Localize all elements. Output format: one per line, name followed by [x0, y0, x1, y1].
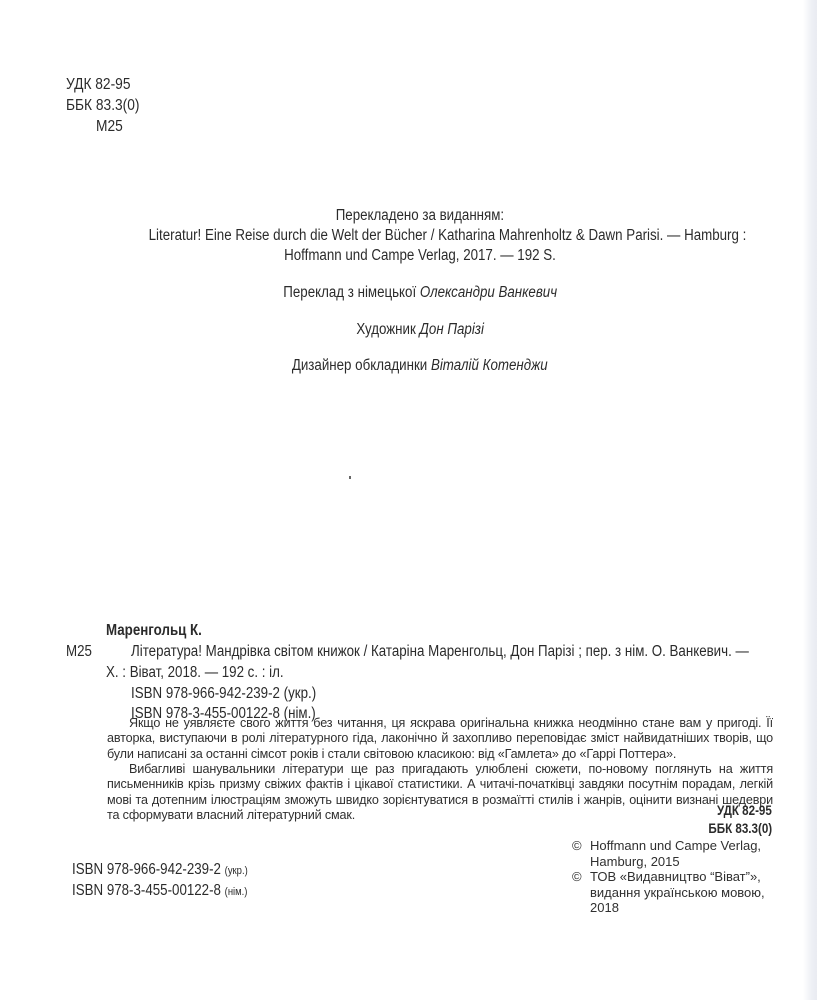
translator-credit: Переклад з німецької Олександри Ванкевич [100, 283, 740, 303]
translator-label: Переклад з німецької [283, 284, 420, 301]
annotation-paragraph: Вибагливі шанувальники літератури ще раз… [107, 762, 773, 824]
catalog-author-heading: Маренгольц К. [106, 622, 217, 640]
isbn-number: ISBN 978-966-942-239-2 [72, 861, 221, 878]
catalog-bbk: ББК 83.3(0) [698, 821, 772, 836]
author-mark: М25 [96, 116, 123, 137]
artist-credit: Художник Дон Парізі [100, 320, 740, 340]
page-edge-shadow [803, 0, 817, 1000]
artist-label: Художник [356, 321, 419, 338]
catalog-author-mark: М25 [66, 643, 96, 661]
catalog-title-line: Література! Мандрівка світом книжок / Ка… [131, 643, 817, 661]
copyright-icon: © [572, 869, 582, 885]
isbn-lang: (нім.) [225, 886, 248, 898]
isbn-footer: ISBN 978-966-942-239-2 (укр.) ISBN 978-3… [72, 860, 276, 902]
original-edition: Перекладено за виданням: Literatur! Eine… [100, 206, 740, 266]
classification-codes: УДК 82-95 ББК 83.3(0) М25 [66, 74, 151, 137]
catalog-isbn-ukr: ISBN 978-966-942-239-2 (укр.) [131, 685, 346, 703]
artist-name: Дон Парізі [419, 321, 483, 338]
isbn-lang: (укр.) [225, 865, 248, 877]
copyright-text: Hoffmann und Campe Verlag, Hamburg, 2015 [590, 838, 790, 869]
designer-name: Віталій Котенджи [431, 357, 548, 374]
original-edition-line: Literatur! Eine Reise durch die Welt der… [149, 226, 747, 246]
isbn-number: ISBN 978-3-455-00122-8 [72, 882, 221, 899]
isbn-footer-row: ISBN 978-966-942-239-2 (укр.) [72, 860, 276, 881]
cover-designer-credit: Дизайнер обкладинки Віталій Котенджи [100, 356, 740, 376]
bbk-code: ББК 83.3(0) [66, 95, 140, 116]
catalog-udk: УДК 82-95 [708, 803, 772, 818]
original-edition-line: Hoffmann und Campe Verlag, 2017. — 192 S… [284, 246, 556, 266]
original-edition-heading: Перекладено за виданням: [336, 206, 504, 226]
udk-code: УДК 82-95 [66, 74, 130, 95]
print-speck [349, 476, 351, 479]
isbn-footer-row: ISBN 978-3-455-00122-8 (нім.) [72, 881, 276, 902]
catalog-imprint-line: Х. : Віват, 2018. — 192 с. : іл. [106, 664, 313, 682]
copyright-icon: © [572, 838, 582, 854]
annotation-paragraph: Якщо не уявляєте свого життя без читання… [107, 716, 773, 762]
translator-name: Олександри Ванкевич [420, 284, 557, 301]
designer-label: Дизайнер обкладинки [292, 357, 431, 374]
copyright-text: ТОВ «Видавництво “Віват”», видання украї… [590, 869, 790, 916]
